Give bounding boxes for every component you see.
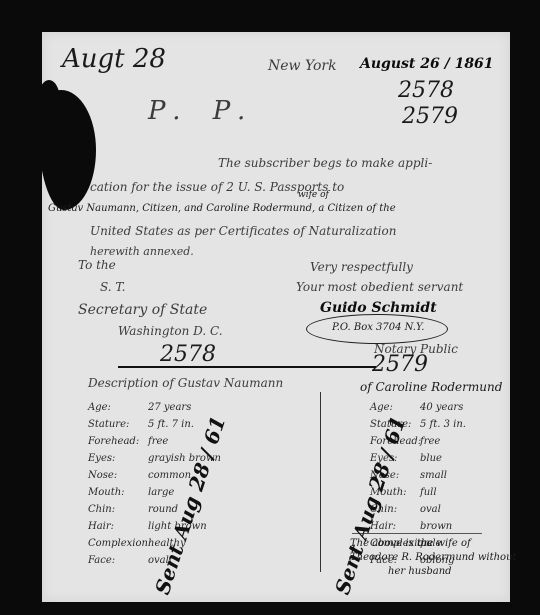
signature-address: P.O. Box 3704 N.Y. (332, 322, 424, 333)
interlinear-note: wife of (298, 190, 329, 200)
number-top-1: 2578 (398, 78, 454, 103)
desc-left-heading: Description of Gustav Naumann (88, 376, 283, 390)
desc-left-row: Stature: 5 ft. 7 in. (88, 419, 129, 430)
date: August 26 / 1861 (360, 56, 494, 72)
body-line-1: The subscriber begs to make appli- (218, 156, 432, 170)
closing-line-2: Your most obedient servant (296, 280, 463, 294)
corner-note: Augt 28 (62, 44, 166, 74)
note-line-2: Theodore R. Rodermund without (350, 552, 517, 563)
number-top-2: 2579 (402, 104, 458, 129)
addressee-line-3: Secretary of State (78, 302, 207, 318)
addressee-line-4: Washington D. C. (118, 324, 223, 338)
place: New York (268, 58, 337, 74)
desc-left-row: Complexion: healthy (88, 538, 151, 549)
column-divider (320, 392, 321, 572)
desc-left-row: Nose: common (88, 470, 117, 481)
desc-right-heading: of Caroline Rodermund (360, 380, 502, 394)
desc-left-row: Hair: light brown (88, 521, 114, 532)
initials: P. P. (148, 96, 257, 126)
desc-right-row: Age: 40 years (370, 402, 393, 413)
desc-left-row: Forehead: free (88, 436, 139, 447)
closing-line-1: Very respectfully (310, 260, 413, 274)
body-line-3: Gustav Naumann, Citizen, and Caroline Ro… (48, 203, 396, 214)
desc-left-row: Chin: round (88, 504, 115, 515)
torn-edge-top (38, 80, 60, 120)
desc-left-row: Mouth: large (88, 487, 125, 498)
note-line-3: her husband (388, 566, 452, 577)
body-line-4: United States as per Certificates of Nat… (90, 224, 396, 238)
addressee-line-1: To the (78, 258, 116, 272)
desc-left-row: Face: oval (88, 555, 115, 566)
divider-rule (118, 366, 376, 368)
desc-left-row: Age: 27 years (88, 402, 111, 413)
number-mid-left: 2578 (160, 342, 216, 367)
body-line-5: herewith annexed. (90, 245, 194, 258)
addressee-line-2: S. T. (100, 280, 125, 294)
number-mid-right: 2579 (372, 352, 428, 377)
desc-left-row: Eyes: grayish brown (88, 453, 115, 464)
